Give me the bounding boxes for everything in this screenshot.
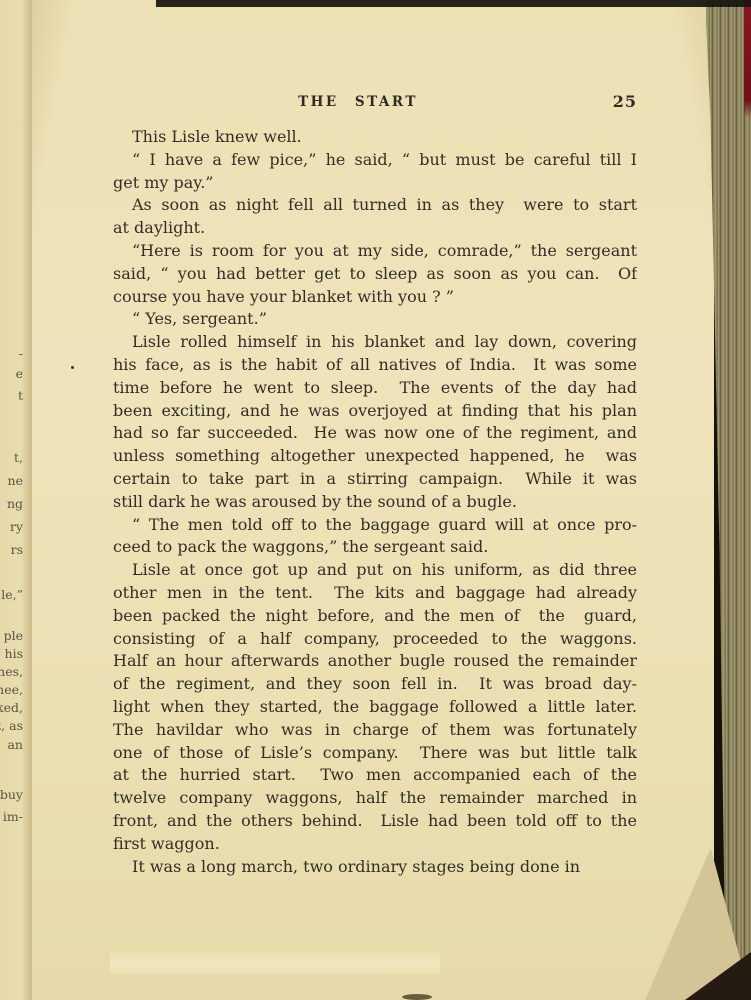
paragraph: “Here is room for you at my side, comrad… <box>113 240 637 308</box>
text-line: Lisle at once got up and put on his unif… <box>113 559 637 582</box>
text-line: The havildar who was in charge of them w… <box>113 719 637 742</box>
text-line: ceed to pack the waggons,” the sergeant … <box>113 536 637 559</box>
text-line: consisting of a half company, proceeded … <box>113 628 637 651</box>
facing-page-text-fragment: - <box>19 348 23 361</box>
facing-page-text-fragment: ry <box>10 521 23 534</box>
text-line: “Here is room for you at my side, comrad… <box>113 240 637 263</box>
facing-page-text-fragment: rs <box>11 544 23 557</box>
text-line: time before he went to sleep. The events… <box>113 377 637 400</box>
page-header: THE START 25 <box>113 94 637 116</box>
facing-page-text-fragment: an <box>7 739 23 752</box>
paragraph: Lisle at once got up and put on his unif… <box>113 559 637 855</box>
facing-page-text-fragment: t, <box>14 452 23 465</box>
facing-page-text-fragment: e <box>16 368 23 381</box>
facing-page-text-fragment: ne <box>8 475 23 488</box>
text-line: said, “ you had better get to sleep as s… <box>113 263 637 286</box>
text-line: still dark he was aroused by the sound o… <box>113 491 637 514</box>
running-header-title: THE START <box>113 94 603 110</box>
text-line: his face, as is the habit of all natives… <box>113 354 637 377</box>
facing-page-text-fragment: ng <box>7 498 23 511</box>
scan-artifact <box>110 952 440 974</box>
text-line: certain to take part in a stirring campa… <box>113 468 637 491</box>
text-line: Lisle rolled himself in his blanket and … <box>113 331 637 354</box>
facing-page-text-fragment: his <box>5 648 23 661</box>
book-scan: -ett,nengryrsle,”plehishes,hee,ked,t, as… <box>0 0 751 1000</box>
page-text: This Lisle knew well.“ I have a few pice… <box>113 126 637 878</box>
facing-page-text-fragment: hee, <box>0 684 23 697</box>
text-line: unless something altogether unexpected h… <box>113 445 637 468</box>
page-top-edge-shadow <box>156 0 751 7</box>
facing-page-text-fragment: le,” <box>1 589 23 602</box>
facing-page-text-fragment: buy <box>0 789 23 802</box>
text-line: other men in the tent. The kits and bagg… <box>113 582 637 605</box>
text-line: “ The men told off to the baggage guard … <box>113 514 637 537</box>
facing-page-text-fragment: ple <box>4 630 23 643</box>
scan-shadow-blob <box>402 994 432 1000</box>
text-line: As soon as night fell all turned in as t… <box>113 194 637 217</box>
paragraph: Lisle rolled himself in his blanket and … <box>113 331 637 513</box>
text-line: first waggon. <box>113 833 637 856</box>
facing-page-text-fragment: hes, <box>0 666 23 679</box>
text-line: been packed the night before, and the me… <box>113 605 637 628</box>
facing-page-text-fragment: im- <box>3 811 23 824</box>
paragraph: “ Yes, sergeant.” <box>113 308 637 331</box>
text-line: had so far succeeded. He was now one of … <box>113 422 637 445</box>
paragraph: This Lisle knew well. <box>113 126 637 149</box>
text-line: course you have your blanket with you ? … <box>113 286 637 309</box>
ink-speck <box>71 366 74 369</box>
text-line: twelve company waggons, half the remaind… <box>113 787 637 810</box>
text-line: “ Yes, sergeant.” <box>113 308 637 331</box>
text-line: one of those of Lisle’s company. There w… <box>113 742 637 765</box>
text-line: front, and the others behind. Lisle had … <box>113 810 637 833</box>
facing-page-text-fragment: t <box>18 390 23 403</box>
text-line: It was a long march, two ordinary stages… <box>113 856 637 879</box>
facing-page-text-fragment: t, as <box>0 720 23 733</box>
facing-page-fragments: -ett,nengryrsle,”plehishes,hee,ked,t, as… <box>0 0 25 1000</box>
text-line: get my pay.” <box>113 172 637 195</box>
paragraph: “ I have a few pice,” he said, “ but mus… <box>113 149 637 195</box>
text-line: at daylight. <box>113 217 637 240</box>
text-line: This Lisle knew well. <box>113 126 637 149</box>
text-line: light when they started, the baggage fol… <box>113 696 637 719</box>
facing-page-text-fragment: ked, <box>0 702 23 715</box>
page-number: 25 <box>613 92 637 111</box>
text-line: been exciting, and he was overjoyed at f… <box>113 400 637 423</box>
paragraph: As soon as night fell all turned in as t… <box>113 194 637 240</box>
text-line: of the regiment, and they soon fell in. … <box>113 673 637 696</box>
paragraph: “ The men told off to the baggage guard … <box>113 514 637 560</box>
text-line: at the hurried start. Two men accompanie… <box>113 764 637 787</box>
book-cover-red <box>744 0 751 118</box>
text-line: “ I have a few pice,” he said, “ but mus… <box>113 149 637 172</box>
paragraph: It was a long march, two ordinary stages… <box>113 856 637 879</box>
text-line: Half an hour afterwards another bugle ro… <box>113 650 637 673</box>
